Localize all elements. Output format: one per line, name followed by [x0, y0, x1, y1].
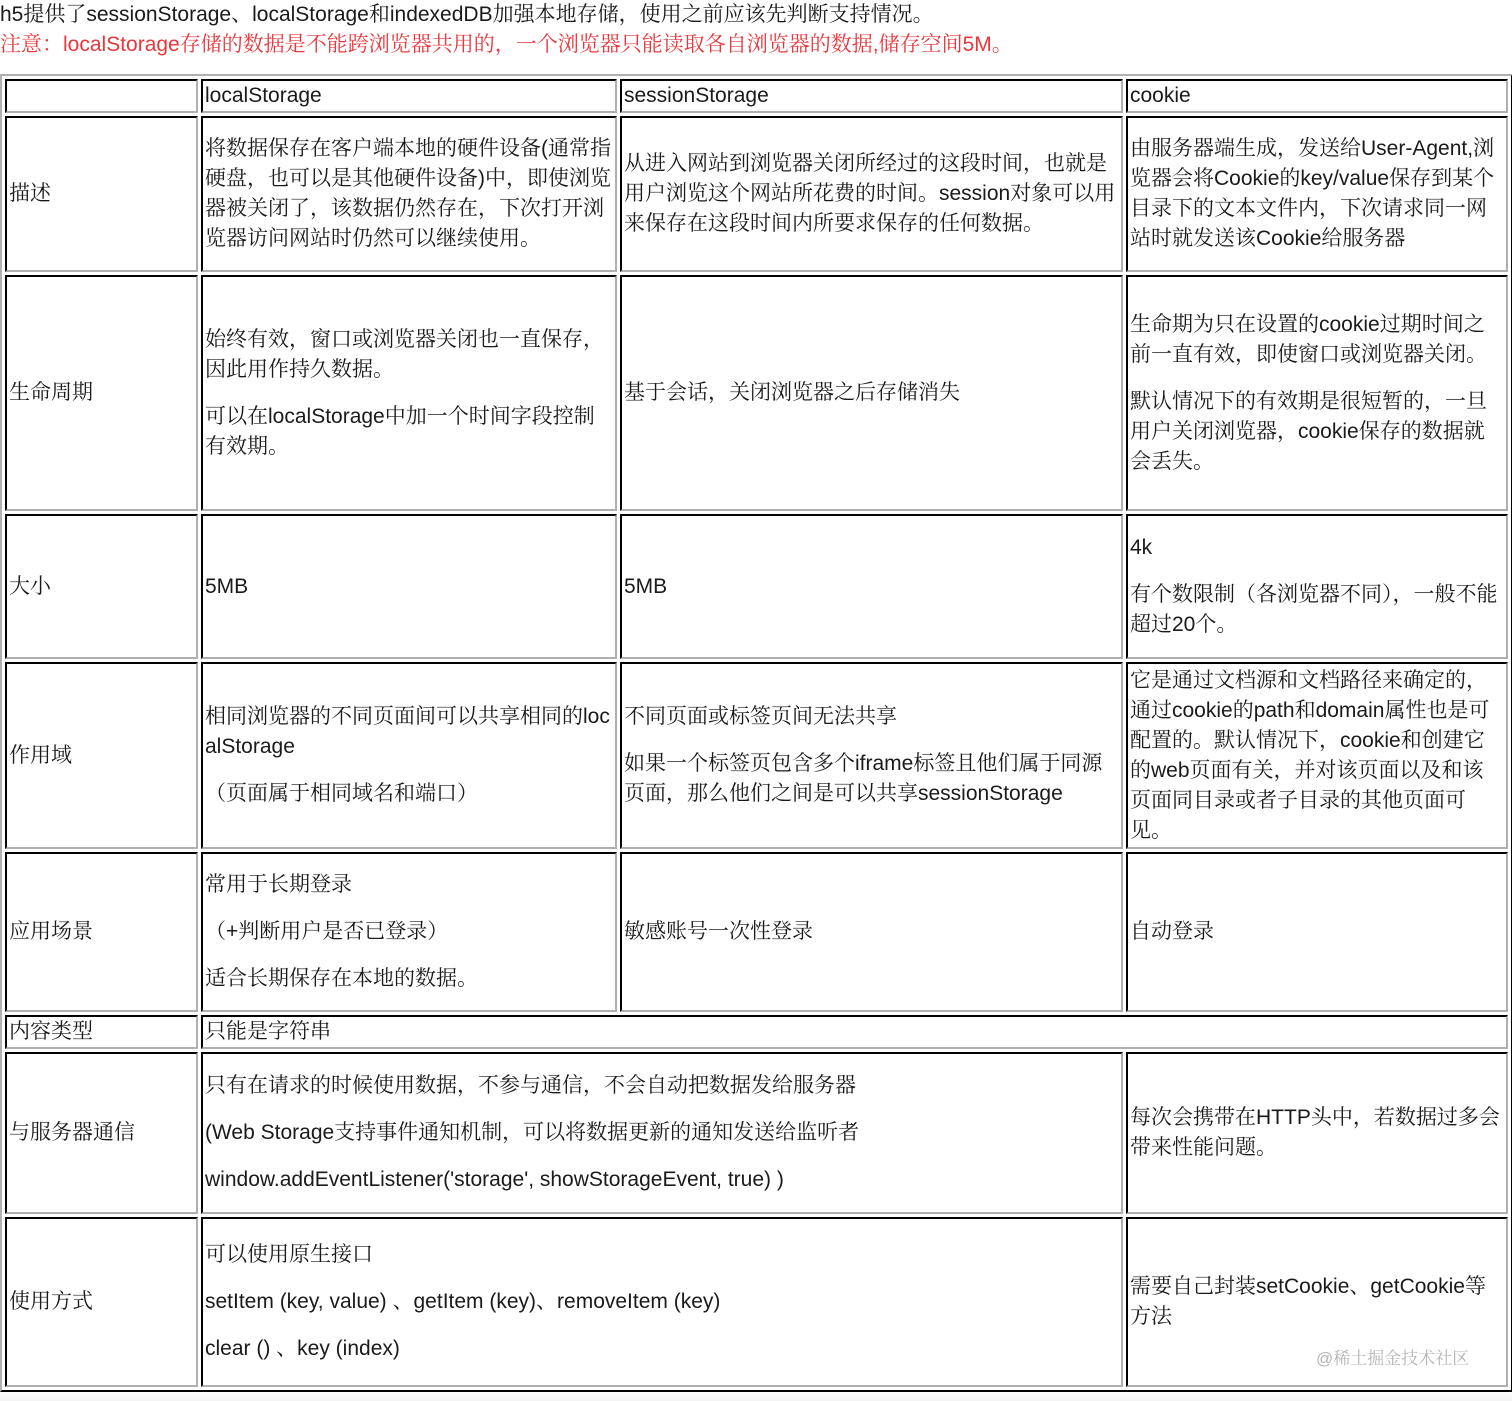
- row-label: 大小: [5, 514, 198, 659]
- cell-text: 每次会携带在HTTP头中，若数据过多会带来性能问题。: [1130, 1103, 1504, 1163]
- cell-text: 有个数限制（各浏览器不同），一般不能超过20个。: [1130, 580, 1504, 640]
- cell-sessionstorage: 5MB: [620, 514, 1123, 659]
- cell-cookie: 自动登录: [1126, 852, 1508, 1012]
- watermark: @稀土掘金技术社区: [1316, 1344, 1469, 1369]
- cell-cookie: 生命期为只在设置的cookie过期时间之前一直有效，即使窗口或浏览器关闭。 默认…: [1126, 275, 1508, 511]
- cell-text: 自动登录: [1130, 917, 1504, 947]
- cell-text: （+判断用户是否已登录）: [205, 917, 613, 947]
- cell-text: 常用于长期登录: [205, 870, 613, 900]
- cell-text: 从进入网站到浏览器关闭所经过的这段时间，也就是用户浏览这个网站所花费的时间。se…: [624, 149, 1119, 239]
- row-label: 作用域: [5, 662, 198, 849]
- cell-text: 敏感账号一次性登录: [624, 917, 1119, 947]
- cell-text: 如果一个标签页包含多个iframe标签且他们属于同源页面，那么他们之间是可以共享…: [624, 749, 1119, 809]
- cell-text: 默认情况下的有效期是很短暂的，一旦用户关闭浏览器，cookie保存的数据就会丢失…: [1130, 387, 1504, 477]
- cell-text: （页面属于相同域名和端口）: [205, 779, 613, 809]
- row-label: 描述: [5, 116, 198, 272]
- cell-localstorage: 始终有效，窗口或浏览器关闭也一直保存，因此用作持久数据。 可以在localSto…: [201, 275, 617, 511]
- cell-webstorage: 只有在请求的时候使用数据，不参与通信，不会自动把数据发给服务器 (Web Sto…: [201, 1052, 1123, 1214]
- intro-line: h5提供了sessionStorage、localStorage和indexed…: [0, 0, 1512, 30]
- cell-localstorage: 常用于长期登录 （+判断用户是否已登录） 适合长期保存在本地的数据。: [201, 852, 617, 1012]
- cell-text: 相同浏览器的不同页面间可以共享相同的localStorage: [205, 702, 613, 762]
- header-cell-sessionstorage: sessionStorage: [620, 79, 1123, 113]
- cell-cookie: 由服务器端生成，发送给User-Agent,浏览器会将Cookie的key/va…: [1126, 116, 1508, 272]
- cell-sessionstorage: 敏感账号一次性登录: [620, 852, 1123, 1012]
- cell-cookie: 4k 有个数限制（各浏览器不同），一般不能超过20个。: [1126, 514, 1508, 659]
- cell-text: (Web Storage支持事件通知机制，可以将数据更新的通知发送给监听者: [205, 1118, 1119, 1148]
- header-cell-cookie: cookie: [1126, 79, 1508, 113]
- intro: h5提供了sessionStorage、localStorage和indexed…: [0, 0, 1512, 60]
- table-row-description: 描述 将数据保存在客户端本地的硬件设备(通常指硬盘，也可以是其他硬件设备)中，即…: [5, 116, 1508, 272]
- cell-text: 需要自己封装setCookie、getCookie等方法: [1130, 1272, 1504, 1332]
- cell-webstorage: 可以使用原生接口 setItem (key, value) 、getItem (…: [201, 1217, 1123, 1387]
- table-row-content-type: 内容类型 只能是字符串: [5, 1015, 1508, 1049]
- cell-cookie: 它是通过文档源和文档路径来确定的，通过cookie的path和domain属性也…: [1126, 662, 1508, 849]
- table-row-scope: 作用域 相同浏览器的不同页面间可以共享相同的localStorage （页面属于…: [5, 662, 1508, 849]
- cell-text: 始终有效，窗口或浏览器关闭也一直保存，因此用作持久数据。: [205, 325, 613, 385]
- cell-sessionstorage: 从进入网站到浏览器关闭所经过的这段时间，也就是用户浏览这个网站所花费的时间。se…: [620, 116, 1123, 272]
- cell-text: clear () 、key (index): [205, 1334, 1119, 1364]
- header-cell-empty: [5, 79, 198, 113]
- cell-text: window.addEventListener('storage', showS…: [205, 1165, 1119, 1195]
- cell-sessionstorage: 基于会话，关闭浏览器之后存储消失: [620, 275, 1123, 511]
- cell-text: 只能是字符串: [205, 1017, 1504, 1047]
- cell-text: 它是通过文档源和文档路径来确定的，通过cookie的path和domain属性也…: [1130, 666, 1504, 846]
- cell-text: 4k: [1130, 533, 1504, 563]
- cell-text: 将数据保存在客户端本地的硬件设备(通常指硬盘，也可以是其他硬件设备)中，即使浏览…: [205, 134, 613, 254]
- row-label: 与服务器通信: [5, 1052, 198, 1214]
- row-label: 应用场景: [5, 852, 198, 1012]
- table-row-usage: 使用方式 可以使用原生接口 setItem (key, value) 、getI…: [5, 1217, 1508, 1387]
- cell-localstorage: 将数据保存在客户端本地的硬件设备(通常指硬盘，也可以是其他硬件设备)中，即使浏览…: [201, 116, 617, 272]
- cell-text: 可以在localStorage中加一个时间字段控制有效期。: [205, 402, 613, 462]
- cell-text: 5MB: [205, 572, 613, 602]
- cell-text: 由服务器端生成，发送给User-Agent,浏览器会将Cookie的key/va…: [1130, 134, 1504, 254]
- cell-text: 可以使用原生接口: [205, 1240, 1119, 1270]
- cell-cookie: 每次会携带在HTTP头中，若数据过多会带来性能问题。: [1126, 1052, 1508, 1214]
- table-row-size: 大小 5MB 5MB 4k 有个数限制（各浏览器不同），一般不能超过20个。: [5, 514, 1508, 659]
- cell-localstorage: 相同浏览器的不同页面间可以共享相同的localStorage （页面属于相同域名…: [201, 662, 617, 849]
- table-row-server-communication: 与服务器通信 只有在请求的时候使用数据，不参与通信，不会自动把数据发给服务器 (…: [5, 1052, 1508, 1214]
- cell-text: 5MB: [624, 572, 1119, 602]
- cell-text: 适合长期保存在本地的数据。: [205, 964, 613, 994]
- row-label: 使用方式: [5, 1217, 198, 1387]
- cell-sessionstorage: 不同页面或标签页间无法共享 如果一个标签页包含多个iframe标签且他们属于同源…: [620, 662, 1123, 849]
- table-row-usage-scene: 应用场景 常用于长期登录 （+判断用户是否已登录） 适合长期保存在本地的数据。 …: [5, 852, 1508, 1012]
- cell-localstorage: 5MB: [201, 514, 617, 659]
- cell-text: 基于会话，关闭浏览器之后存储消失: [624, 378, 1119, 408]
- table-row-lifecycle: 生命周期 始终有效，窗口或浏览器关闭也一直保存，因此用作持久数据。 可以在loc…: [5, 275, 1508, 511]
- cell-text: 只有在请求的时候使用数据，不参与通信，不会自动把数据发给服务器: [205, 1071, 1119, 1101]
- intro-note: 注意：localStorage存储的数据是不能跨浏览器共用的，一个浏览器只能读取…: [0, 30, 1512, 60]
- storage-comparison-table: localStorage sessionStorage cookie 描述 将数…: [0, 74, 1512, 1392]
- cell-text: 不同页面或标签页间无法共享: [624, 702, 1119, 732]
- row-label: 内容类型: [5, 1015, 198, 1049]
- bottom-fade: [0, 1392, 1512, 1401]
- cell-all: 只能是字符串: [201, 1015, 1508, 1049]
- cell-text: 生命期为只在设置的cookie过期时间之前一直有效，即使窗口或浏览器关闭。: [1130, 310, 1504, 370]
- table-header-row: localStorage sessionStorage cookie: [5, 79, 1508, 113]
- header-cell-localstorage: localStorage: [201, 79, 617, 113]
- cell-text: setItem (key, value) 、getItem (key)、remo…: [205, 1287, 1119, 1317]
- row-label: 生命周期: [5, 275, 198, 511]
